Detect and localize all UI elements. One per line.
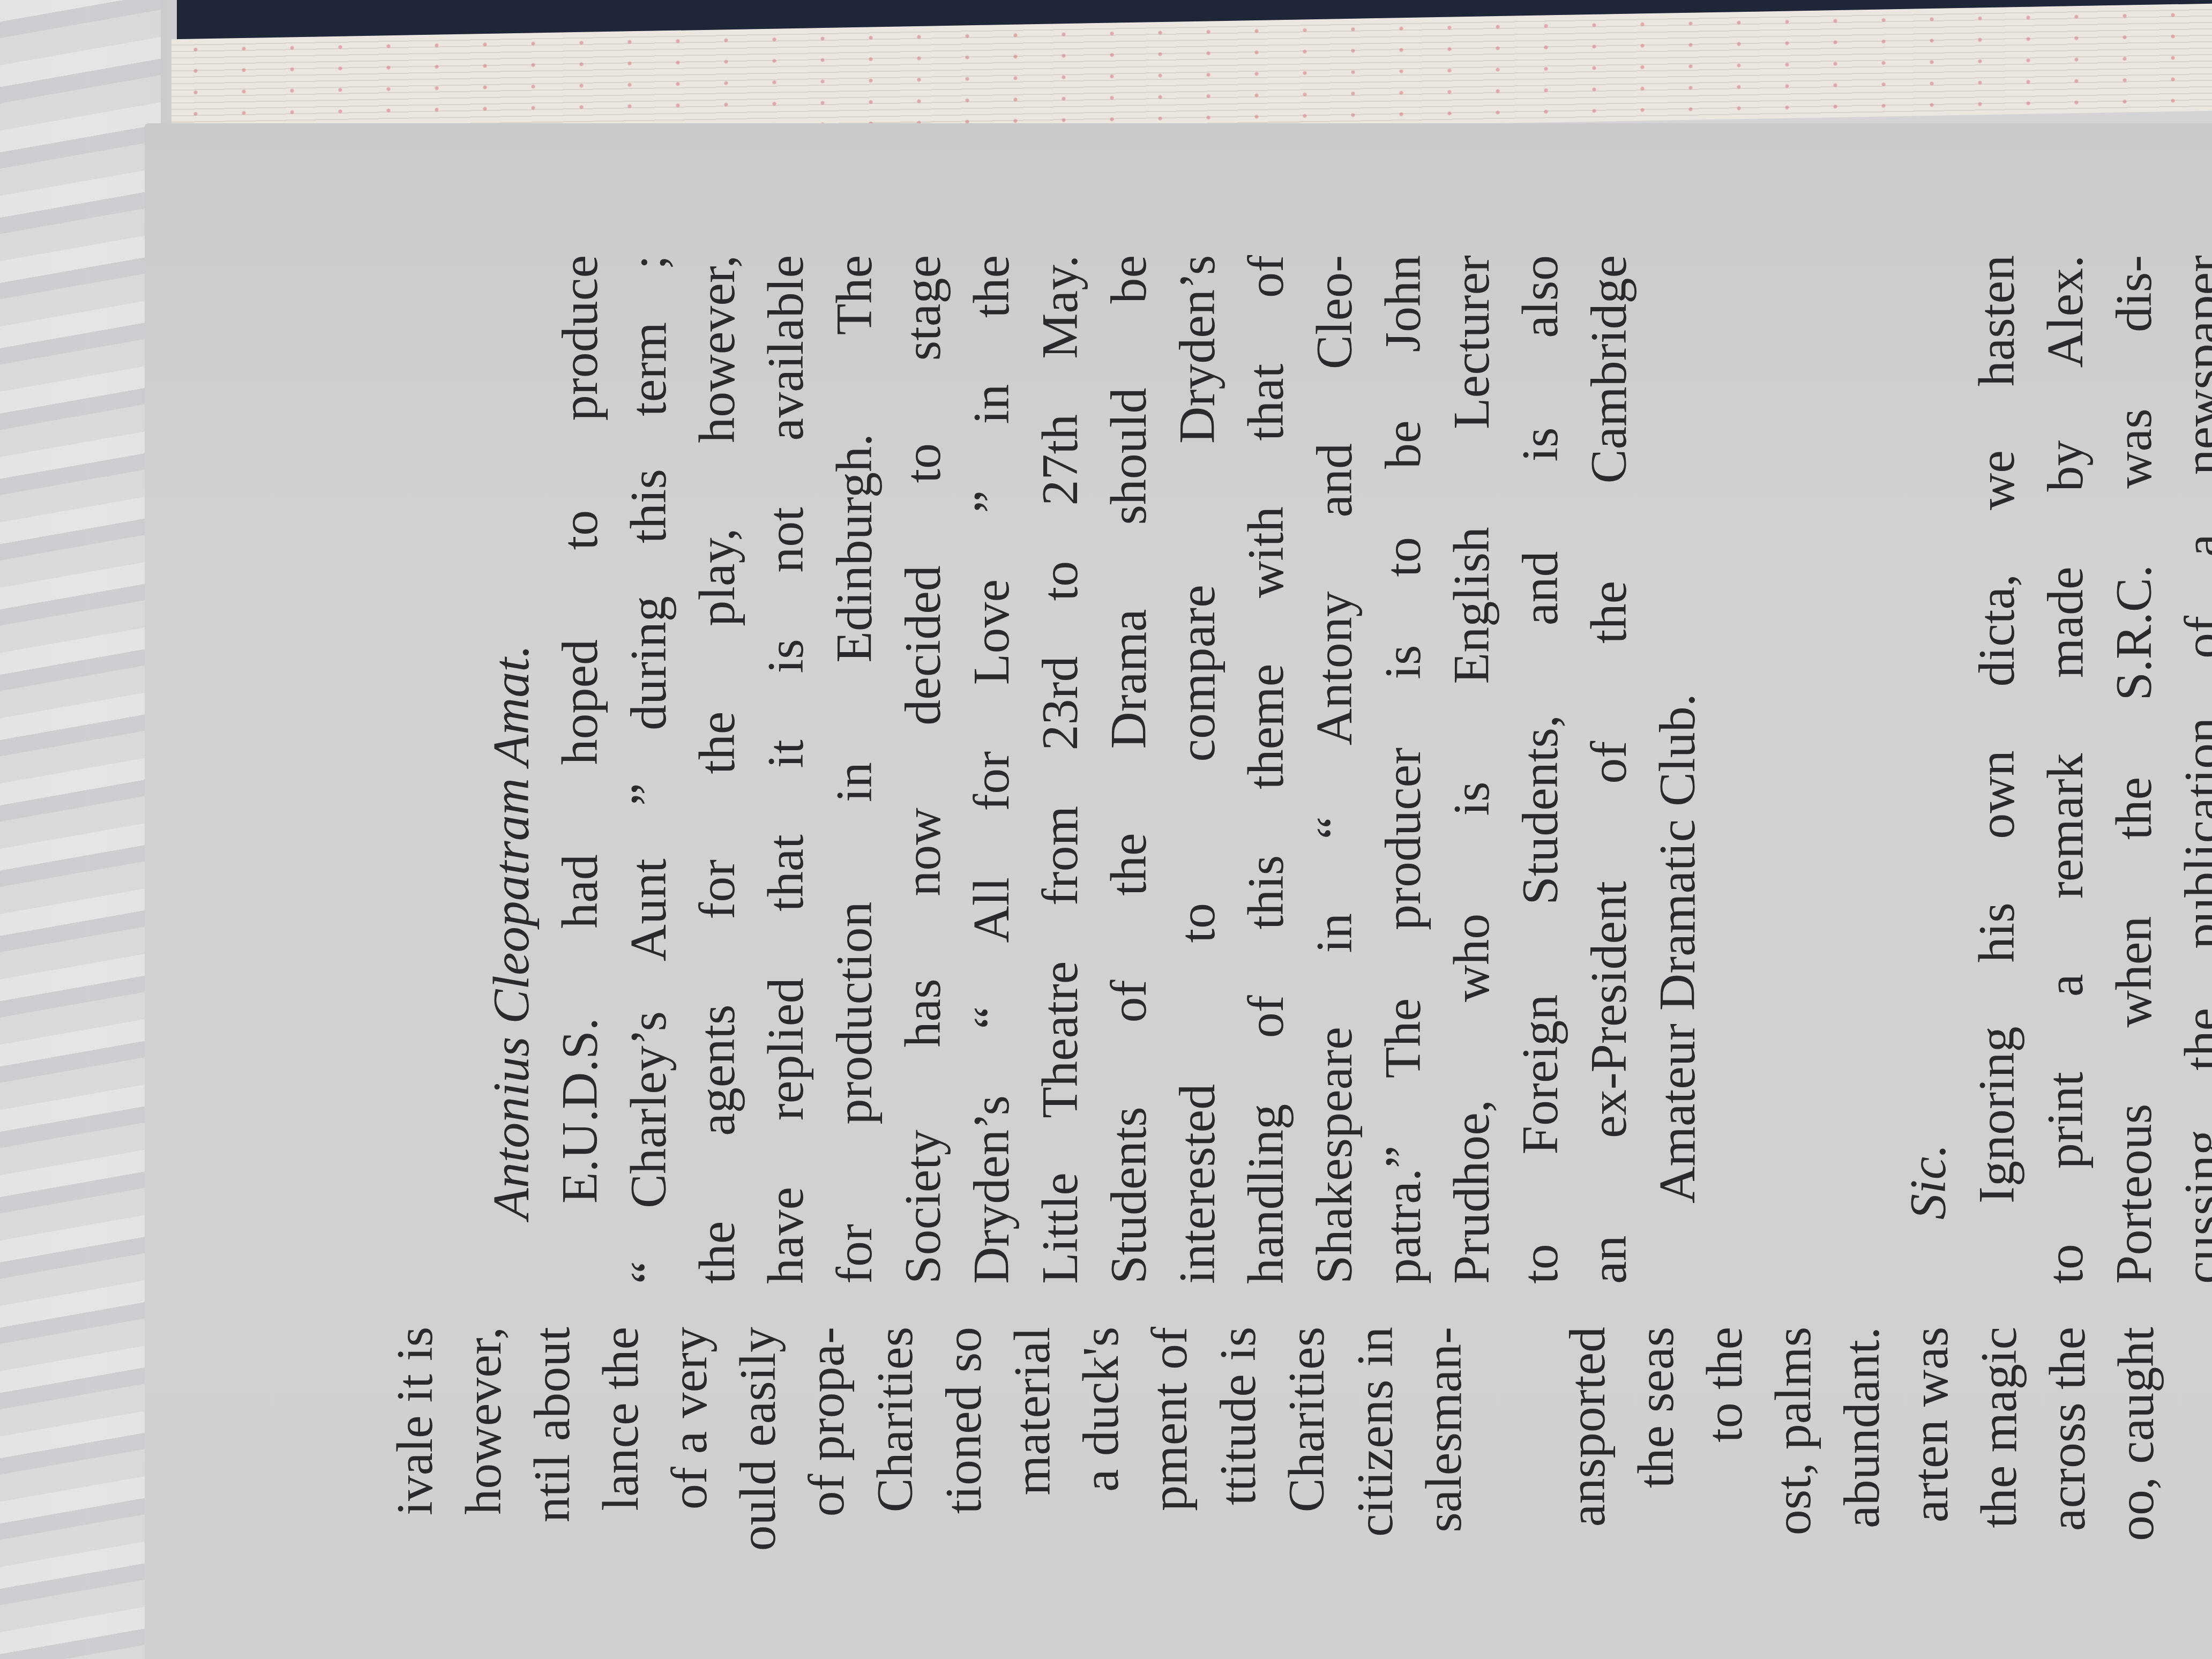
left-line: abundant. xyxy=(1827,1327,1896,1659)
article-line: Prudhoe, who is English Lecturer xyxy=(1437,255,1506,1284)
article-line: “ Charley’s Aunt ” during this term ; xyxy=(614,255,683,1284)
left-line: to the xyxy=(1690,1327,1759,1659)
article-line: interested to compare Dryden’s xyxy=(1163,255,1231,1284)
left-line: ansported xyxy=(1553,1327,1621,1659)
article-heading-sic: Sic. xyxy=(1894,255,1962,1220)
left-line: ntil about xyxy=(518,1327,586,1659)
left-line: pment of xyxy=(1135,1327,1204,1659)
article-line: to Foreign Students, and is also xyxy=(1506,255,1574,1284)
article-line: patra.” The producer is to be John xyxy=(1369,255,1437,1284)
article-line: an ex-President of the Cambridge xyxy=(1574,255,1643,1284)
left-line: tioned so xyxy=(929,1327,998,1659)
left-line: ould easily xyxy=(723,1327,792,1659)
left-line: salesman- xyxy=(1409,1327,1478,1659)
left-line: across the xyxy=(2033,1327,2102,1659)
article-line: Amateur Dramatic Club. xyxy=(1643,255,1712,1284)
main-column: Antonius Cleopatram Amat. E.U.D.S. had h… xyxy=(477,255,2212,1284)
book-page: ivale it is however, ntil about lance th… xyxy=(145,123,2212,1659)
left-line: Charities xyxy=(1272,1327,1341,1659)
article-line: Little Theatre from 23rd to 27th May. xyxy=(1026,255,1094,1284)
left-column-fragments: ivale it is however, ntil about lance th… xyxy=(380,1327,2170,1659)
article-line: for production in Edinburgh. The xyxy=(820,255,888,1284)
left-line: the magic xyxy=(1964,1327,2033,1659)
article-line: Porteous when the S.R.C. was dis- xyxy=(2099,255,2168,1284)
article-heading-antonius: Antonius Cleopatram Amat. xyxy=(477,255,545,1220)
left-line: oo, caught xyxy=(2102,1327,2170,1659)
article-line: Dryden’s “ All for Love ” in the xyxy=(957,255,1026,1284)
article-line: cussing the publication of a newspaper xyxy=(2168,255,2212,1284)
left-line: of propa- xyxy=(792,1327,861,1659)
article-line: Society has now decided to stage xyxy=(888,255,957,1284)
left-line: arten was xyxy=(1896,1327,1964,1659)
left-line: the seas xyxy=(1621,1327,1690,1659)
cloth-background xyxy=(0,0,161,1659)
left-line: ost, palms xyxy=(1759,1327,1827,1659)
article-line: Ignoring his own dicta, we hasten xyxy=(1962,255,2031,1284)
left-line: citizens in xyxy=(1341,1327,1409,1659)
article-line: the agents for the play, however, xyxy=(683,255,751,1284)
article-body-sic: Ignoring his own dicta, we hasten to pri… xyxy=(1962,255,2212,1284)
rotated-text-layer: ivale it is however, ntil about lance th… xyxy=(145,123,2212,1659)
left-line: Charities xyxy=(861,1327,929,1659)
left-line: material xyxy=(998,1327,1066,1659)
article-line: have replied that it is not available xyxy=(751,255,820,1284)
article-line: Students of the Drama should be xyxy=(1094,255,1163,1284)
left-line: a duck's xyxy=(1066,1327,1135,1659)
left-line: ttitude is xyxy=(1204,1327,1272,1659)
article-line: E.U.D.S. had hoped to produce xyxy=(545,255,614,1284)
article-line: Shakespeare in “ Antony and Cleo- xyxy=(1300,255,1369,1284)
article-line: to print a remark made by Alex. xyxy=(2031,255,2099,1284)
article-line: handling of this theme with that of xyxy=(1231,255,1300,1284)
left-line: however, xyxy=(449,1327,518,1659)
left-line: lance the xyxy=(586,1327,655,1659)
left-line: of a very xyxy=(655,1327,723,1659)
left-line: ivale it is xyxy=(380,1327,449,1659)
article-body-antonius: E.U.D.S. had hoped to produce “ Charley’… xyxy=(545,255,1712,1284)
